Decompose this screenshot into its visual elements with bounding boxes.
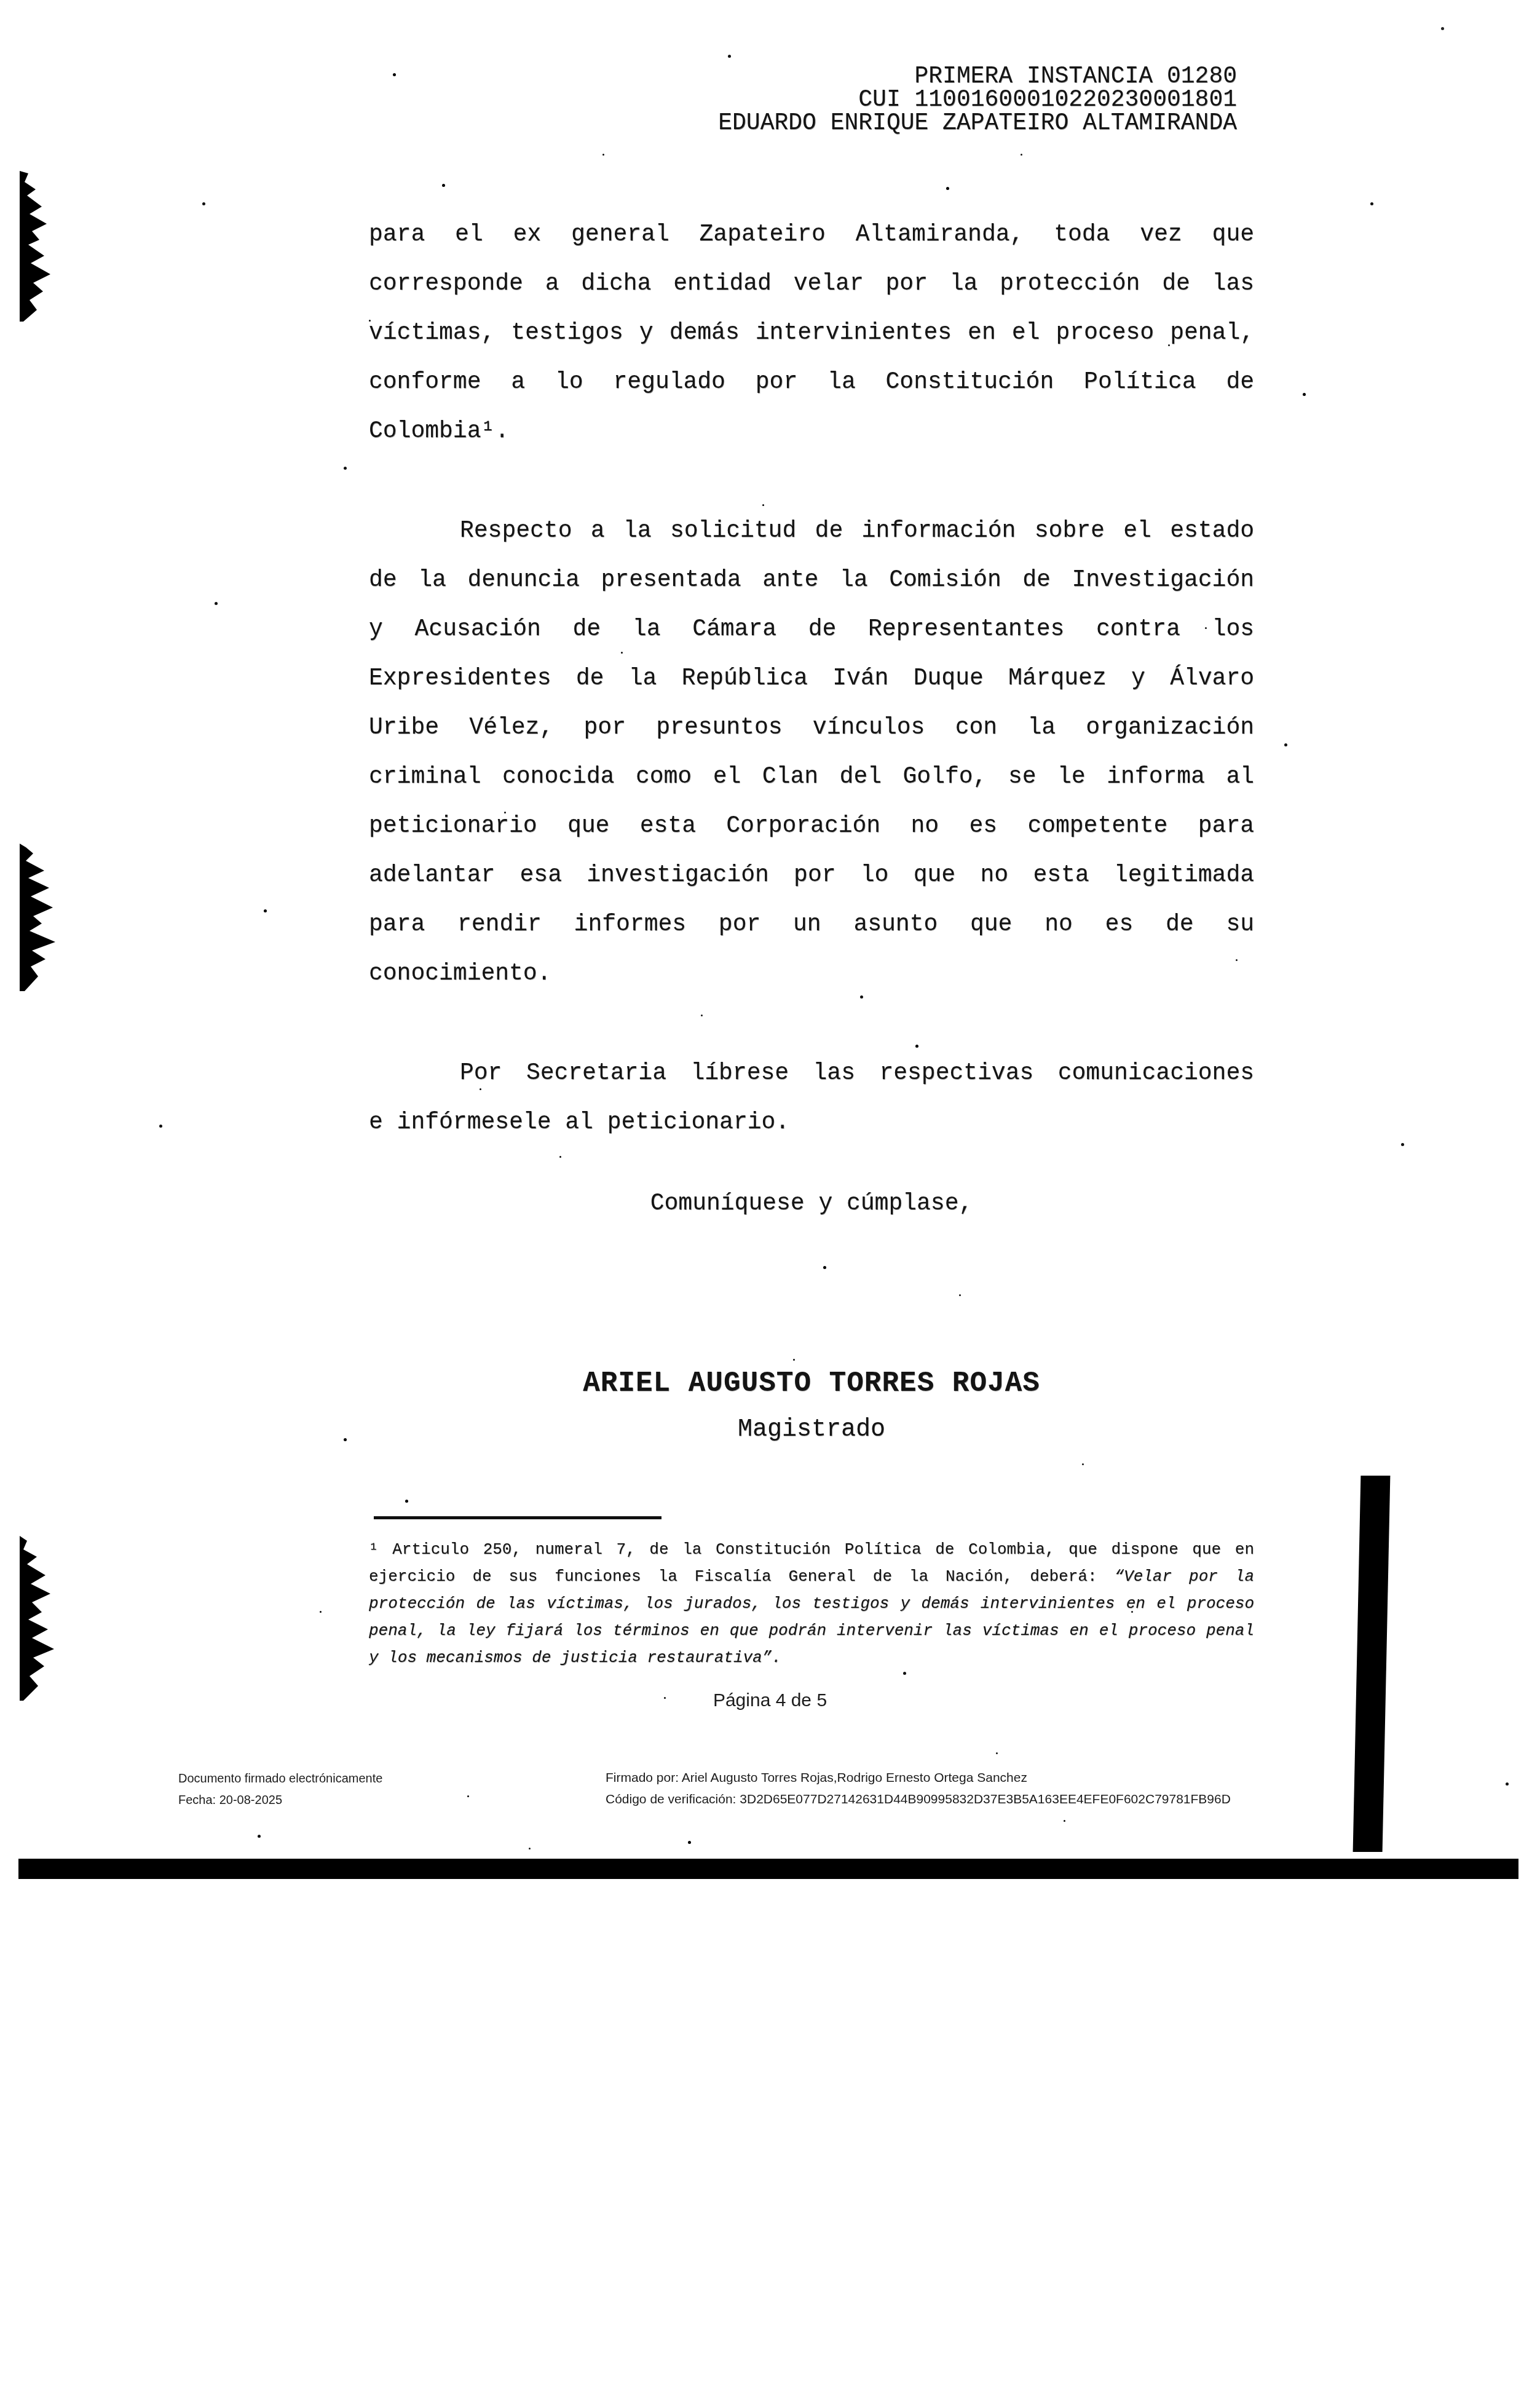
case-header-cui: CUI 11001600010220230001801 (718, 89, 1237, 112)
scan-artifact-binding-mark (15, 171, 58, 322)
page-number: Página 4 de 5 (0, 1688, 1540, 1713)
body-line: víctimas, testigos y demás interviniente… (369, 309, 1254, 358)
closing-formula: Comuníquese y cúmplase, (369, 1179, 1254, 1228)
body-line: peticionario que esta Corporación no es … (369, 802, 1254, 851)
footnote: ¹ Articulo 250, numeral 7, de la Constit… (369, 1536, 1254, 1671)
body-line: de la denuncia presentada ante la Comisi… (369, 556, 1254, 605)
body-line: conforme a lo regulado por la Constituci… (369, 358, 1254, 407)
document-body: para el ex general Zapateiro Altamiranda… (369, 210, 1254, 1198)
paragraph: para el ex general Zapateiro Altamiranda… (369, 210, 1254, 456)
case-header-instance: PRIMERA INSTANCIA 01280 (718, 65, 1237, 89)
magistrate-title: Magistrado (369, 1407, 1254, 1454)
paragraph: Respecto a la solicitud de información s… (369, 507, 1254, 999)
scanned-document-page: PRIMERA INSTANCIA 01280 CUI 110016000102… (0, 0, 1540, 2393)
paragraph: Por Secretaria líbrese las respectivas c… (369, 1049, 1254, 1147)
body-line: Expresidentes de la República Iván Duque… (369, 654, 1254, 703)
footnote-separator (374, 1516, 661, 1519)
body-line: Respecto a la solicitud de información s… (369, 507, 1254, 556)
scan-artifact-bottom-bar (18, 1859, 1518, 1879)
body-line: conocimiento. (369, 949, 1254, 999)
scan-artifact-vertical-bar (1353, 1476, 1391, 1852)
magistrate-name: ARIEL AUGUSTO TORRES ROJAS (369, 1360, 1254, 1407)
scan-artifact-binding-mark (15, 844, 58, 991)
body-line: criminal conocida como el Clan del Golfo… (369, 753, 1254, 802)
scan-noise-speckles (0, 0, 2, 2)
footer-line: Documento firmado electrónicamente (178, 1768, 382, 1790)
case-header: PRIMERA INSTANCIA 01280 CUI 110016000102… (718, 65, 1237, 135)
body-line: adelantar esa investigación por lo que n… (369, 851, 1254, 900)
body-line: y Acusación de la Cámara de Representant… (369, 605, 1254, 654)
footer-signature-info-right: Firmado por: Ariel Augusto Torres Rojas,… (606, 1767, 1231, 1810)
footer-line: Firmado por: Ariel Augusto Torres Rojas,… (606, 1767, 1231, 1789)
signature-block: ARIEL AUGUSTO TORRES ROJAS Magistrado (369, 1360, 1254, 1454)
scan-artifact-binding-mark (15, 1536, 58, 1701)
footer-line: Código de verificación: 3D2D65E077D27142… (606, 1789, 1231, 1810)
body-line: para rendir informes por un asunto que n… (369, 900, 1254, 949)
body-line: corresponde a dicha entidad velar por la… (369, 259, 1254, 309)
footer-signature-info-left: Documento firmado electrónicamenteFecha:… (178, 1768, 382, 1811)
footer-line: Fecha: 20-08-2025 (178, 1790, 382, 1811)
body-line: Colombia¹. (369, 407, 1254, 456)
body-line: e infórmesele al peticionario. (369, 1098, 1254, 1147)
body-line: Por Secretaria líbrese las respectivas c… (369, 1049, 1254, 1098)
body-line: para el ex general Zapateiro Altamiranda… (369, 210, 1254, 259)
body-line: Uribe Vélez, por presuntos vínculos con … (369, 703, 1254, 753)
case-header-party: EDUARDO ENRIQUE ZAPATEIRO ALTAMIRANDA (718, 112, 1237, 135)
